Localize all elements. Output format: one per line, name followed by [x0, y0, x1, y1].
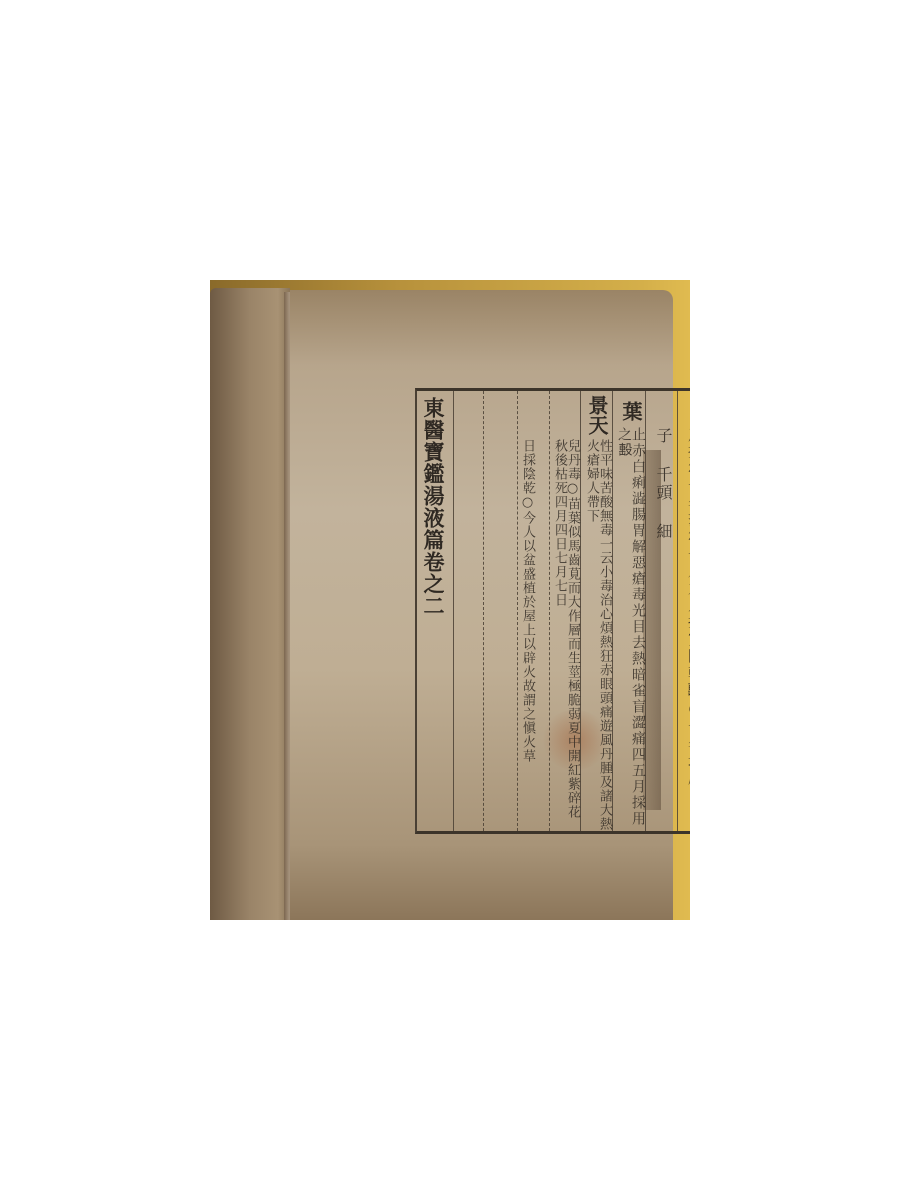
entry-heading: 景天: [587, 395, 607, 435]
text-column: 爲掃箒一名落箒子八九月採實陰乾𣪠○一名地膚: [687, 427, 690, 787]
column-rule: [483, 391, 484, 831]
text-column: 止赤白痢澁腸胃解惡瘡毒光目去熱暗雀盲澀痛四五月採用之𣪠: [617, 427, 645, 831]
entry-heading: 葉: [621, 401, 641, 421]
column-rule: [612, 391, 613, 831]
right-page: 東醫寶鑑湯液篇卷之二 青大似荊芥花黃白子青白色似一眠起蚕沙 爲掃箒一名落箒子八九…: [290, 290, 673, 920]
book-photograph: 東醫寶鑑湯液篇卷之二 青大似荊芥花黃白子青白色似一眠起蚕沙 爲掃箒一名落箒子八九…: [210, 280, 690, 920]
left-page-edge: [210, 288, 290, 920]
text-column: 性平味苦酸無毒一云小毒治心煩熱狂赤眼頭痛遊風丹腫及諸大熱火瘡婦人帶下: [585, 439, 611, 831]
column-rule: [549, 391, 550, 831]
text-column: 兒丹毒○苗葉似馬齒莧而大作層而生莖極脆弱夏中開紅紫碎花秋後枯死四月四日七月七日: [553, 439, 579, 831]
text-column: 子 千頭 細: [655, 427, 671, 541]
column-rule: [580, 391, 581, 831]
volume-title: 東醫寶鑑湯液篇卷之二: [423, 397, 444, 617]
column-rule: [517, 391, 518, 831]
text-column: 日採陰乾○今人以盆盛植於屋上以辟火故謂之愼火草: [521, 439, 534, 763]
column-rule: [677, 391, 678, 831]
printed-frame: 東醫寶鑑湯液篇卷之二 青大似荊芥花黃白子青白色似一眠起蚕沙 爲掃箒一名落箒子八九…: [415, 388, 690, 834]
column-rule: [453, 391, 454, 831]
